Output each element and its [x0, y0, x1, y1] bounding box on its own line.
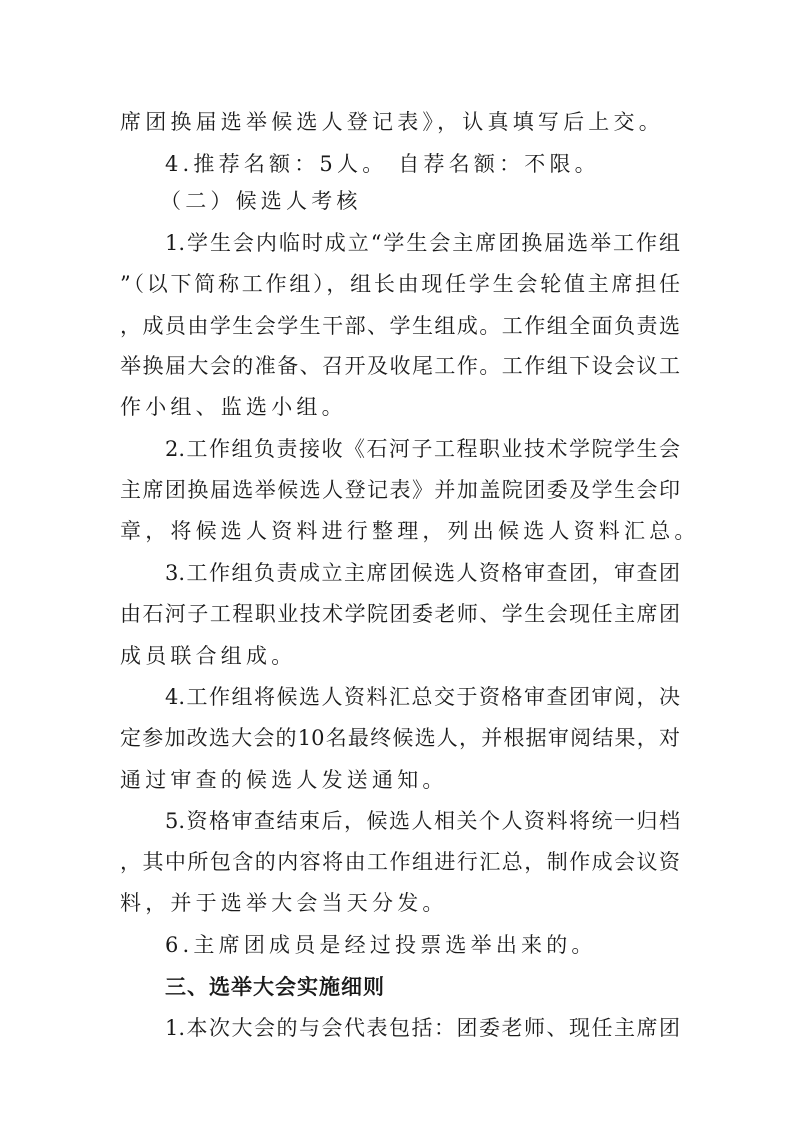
paragraph-line: 主席团换届选举候选人登记表》并加盖院团委及学生会印 — [120, 475, 680, 505]
paragraph-line: 席团换届选举候选人登记表》，认真填写后上交。 — [120, 107, 680, 137]
paragraph-line: 2.工作组负责接收《石河子工程职业技术学院学生会 — [165, 434, 680, 464]
paragraph-line: 由石河子工程职业技术学院团委老师、学生会现任主席团 — [120, 599, 680, 629]
paragraph-line: 6.主席团成员是经过投票选举出来的。 — [165, 930, 680, 960]
paragraph-line: 通过审查的候选人发送通知。 — [120, 765, 680, 795]
paragraph-line: 1.本次大会的与会代表包括：团委老师、现任主席团 — [165, 1013, 680, 1043]
paragraph-line: 作小组、监选小组。 — [120, 392, 680, 422]
paragraph-line: 举换届大会的准备、召开及收尾工作。工作组下设会议工 — [120, 351, 680, 381]
paragraph-line: 1.学生会内临时成立“学生会主席团换届选举工作组 — [165, 228, 680, 258]
paragraph-line: ”（以下简称工作组），组长由现任学生会轮值主席担任 — [120, 269, 680, 299]
paragraph-line: 料，并于选举大会当天分发。 — [120, 888, 680, 918]
paragraph-line: 3.工作组负责成立主席团候选人资格审查团，审查团 — [165, 558, 680, 588]
paragraph-line: ，成员由学生会学生干部、学生组成。工作组全面负责选 — [120, 311, 680, 341]
paragraph-line: 章，将候选人资料进行整理，列出候选人资料汇总。 — [120, 516, 680, 546]
paragraph-line: 5.资格审查结束后，候选人相关个人资料将统一归档 — [165, 806, 680, 836]
document-page: 席团换届选举候选人登记表》，认真填写后上交。 4.推荐名额：5人。 自荐名额：不… — [0, 0, 800, 1131]
section-subheading-candidate-review: （二）候选人考核 — [160, 186, 665, 216]
paragraph-line: ，其中所包含的内容将由工作组进行汇总，制作成会议资 — [120, 847, 680, 877]
paragraph-line: 4.工作组将候选人资料汇总交于资格审查团审阅，决 — [165, 682, 680, 712]
paragraph-line: 定参加改选大会的10名最终候选人，并根据审阅结果，对 — [120, 723, 680, 753]
recommendation-quota-line: 4.推荐名额：5人。 自荐名额：不限。 — [165, 149, 680, 179]
section-heading-election-rules: 三、选举大会实施细则 — [165, 972, 680, 1002]
paragraph-line: 成员联合组成。 — [120, 641, 680, 671]
